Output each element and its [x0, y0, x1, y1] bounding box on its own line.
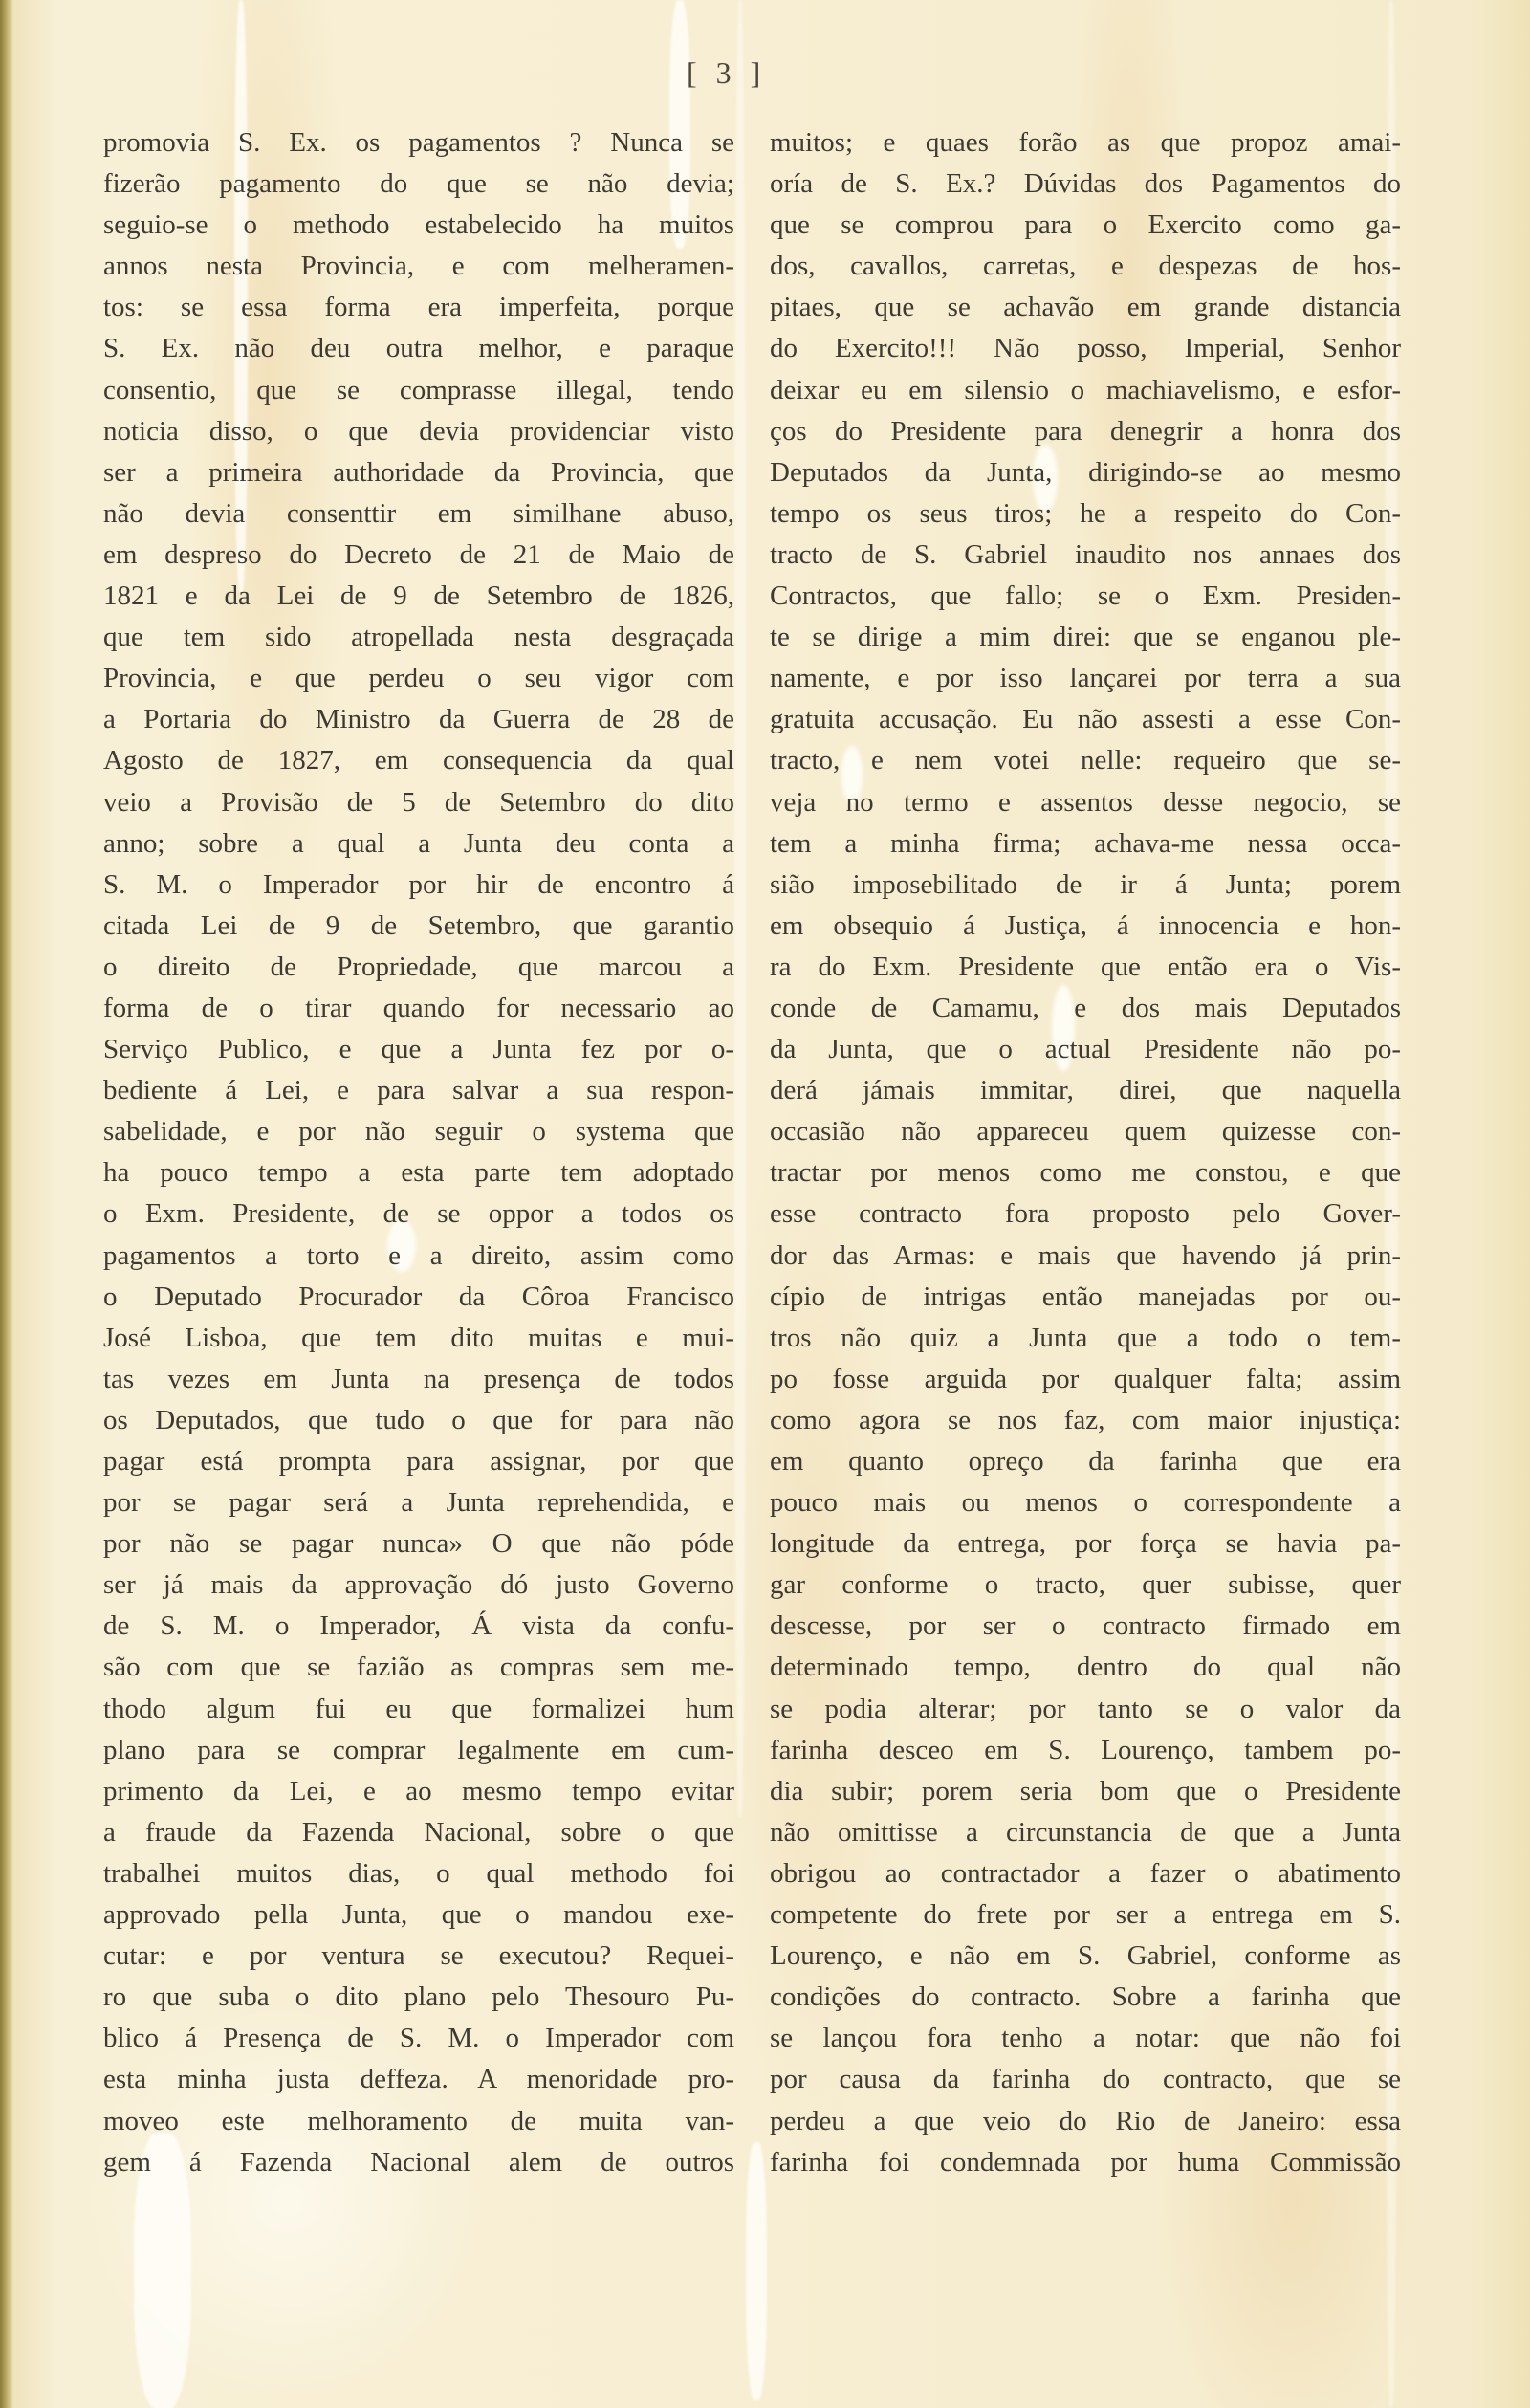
text-line: oría de S. Ex.? Dúvidas dos Pagamentos d… [770, 164, 1401, 205]
text-line: determinado tempo, dentro do qual não [770, 1647, 1401, 1688]
text-line: ra do Exm. Presidente que então era o Vi… [770, 947, 1401, 988]
text-line: cutar: e por ventura se executou? Requei… [103, 1936, 734, 1977]
text-line: te se dirige a mim direi: que se enganou… [770, 617, 1401, 658]
text-line: veio a Provisão de 5 de Setembro do dito [103, 782, 734, 823]
text-line: deixar eu em silensio o machiavelismo, e… [770, 370, 1401, 411]
text-line: ser já mais da approvação dó justo Gover… [103, 1565, 734, 1606]
text-line: ro que suba o dito plano pelo Thesouro P… [103, 1977, 734, 2018]
text-line: moveo este melhoramento de muita van- [103, 2101, 734, 2142]
text-line: tas vezes em Junta na presença de todos [103, 1359, 734, 1400]
text-line: dor das Armas: e mais que havendo já pri… [770, 1236, 1401, 1277]
text-line: promovia S. Ex. os pagamentos ? Nunca se [103, 122, 734, 164]
text-line: S. M. o Imperador por hir de encontro á [103, 865, 734, 906]
text-line: pitaes, que se achavão em grande distanc… [770, 287, 1401, 328]
text-line: Deputados da Junta, dirigindo-se ao mesm… [770, 452, 1401, 493]
text-line: Contractos, que fallo; se o Exm. Preside… [770, 576, 1401, 617]
text-line: pagamentos a torto e a direito, assim co… [103, 1236, 734, 1277]
text-line: da Junta, que o actual Presidente não po… [770, 1029, 1401, 1070]
text-line: tem a minha firma; achava-me nessa occa- [770, 823, 1401, 865]
text-line: conde de Camamu, e dos mais Deputados [770, 988, 1401, 1029]
text-line: anno; sobre a qual a Junta deu conta a [103, 823, 734, 865]
text-line: sião imposebilitado de ir á Junta; porem [770, 865, 1401, 906]
stain-streak [746, 2142, 767, 2400]
text-line: como agora se nos faz, com maior injusti… [770, 1400, 1401, 1441]
text-line: o Exm. Presidente, de se oppor a todos o… [103, 1193, 734, 1235]
text-line: em obsequio á Justiça, á innocencia e ho… [770, 906, 1401, 947]
text-line: que tem sido atropellada nesta desgraçad… [103, 617, 734, 658]
text-line: o Deputado Procurador da Côroa Francisco [103, 1277, 734, 1318]
page-number: [ 3 ] [687, 55, 766, 91]
text-line: farinha desceo em S. Lourenço, tambem po… [770, 1730, 1401, 1771]
left-column: promovia S. Ex. os pagamentos ? Nunca se… [103, 122, 734, 2183]
text-line: Serviço Publico, e que a Junta fez por o… [103, 1029, 734, 1070]
text-line: pagar está prompta para assignar, por qu… [103, 1441, 734, 1482]
text-line: occasião não appareceu quem quizesse con… [770, 1111, 1401, 1152]
text-line: se lançou fora tenho a notar: que não fo… [770, 2018, 1401, 2059]
text-line: a fraude da Fazenda Nacional, sobre o qu… [103, 1812, 734, 1853]
text-line: ha pouco tempo a esta parte tem adoptado [103, 1152, 734, 1193]
text-line: dia subir; porem seria bom que o Preside… [770, 1771, 1401, 1812]
text-line: tractar por menos como me constou, e que [770, 1152, 1401, 1193]
text-line: por causa da farinha do contracto, que s… [770, 2059, 1401, 2100]
text-line: em quanto opreço da farinha que era [770, 1441, 1401, 1482]
text-line: fizerão pagamento do que se não devia; [103, 164, 734, 205]
text-line: derá jámais immitar, direi, que naquella [770, 1070, 1401, 1111]
text-line: Agosto de 1827, em consequencia da qual [103, 740, 734, 781]
text-line: os Deputados, que tudo o que for para nã… [103, 1400, 734, 1441]
text-line: esse contracto fora proposto pelo Gover- [770, 1193, 1401, 1235]
text-line: a Portaria do Ministro da Guerra de 28 d… [103, 699, 734, 740]
text-line: thodo algum fui eu que formalizei hum [103, 1689, 734, 1730]
text-line: perdeu a que veio do Rio de Janeiro: ess… [770, 2101, 1401, 2142]
text-line: descesse, por ser o contracto firmado em [770, 1606, 1401, 1647]
text-line: dos, cavallos, carretas, e despezas de h… [770, 246, 1401, 287]
text-line: tempo os seus tiros; he a respeito do Co… [770, 493, 1401, 535]
text-line: S. Ex. não deu outra melhor, e paraque [103, 328, 734, 369]
text-line: Lourenço, e não em S. Gabriel, conforme … [770, 1936, 1401, 1977]
right-column: muitos; e quaes forão as que propoz amai… [770, 122, 1401, 2183]
text-line: esta minha justa deffeza. A menoridade p… [103, 2059, 734, 2100]
text-line: noticia disso, o que devia providenciar … [103, 411, 734, 452]
text-line: primento da Lei, e ao mesmo tempo evitar [103, 1771, 734, 1812]
text-line: 1821 e da Lei de 9 de Setembro de 1826, [103, 576, 734, 617]
text-line: consentio, que se comprasse illegal, ten… [103, 370, 734, 411]
text-line: namente, e por isso lançarei por terra a… [770, 658, 1401, 699]
text-line: tracto de S. Gabriel inaudito nos annaes… [770, 535, 1401, 576]
text-line: gar conforme o tracto, quer subisse, que… [770, 1565, 1401, 1606]
text-line: gem á Fazenda Nacional alem de outros [103, 2142, 734, 2183]
text-line: cípio de intrigas então manejadas por ou… [770, 1277, 1401, 1318]
text-line: de S. M. o Imperador, Á vista da confu- [103, 1606, 734, 1647]
text-line: o direito de Propriedade, que marcou a [103, 947, 734, 988]
text-line: po fosse arguida por qualquer falta; ass… [770, 1359, 1401, 1400]
text-line: tos: se essa forma era imperfeita, porqu… [103, 287, 734, 328]
text-line: do Exercito!!! Não posso, Imperial, Senh… [770, 328, 1401, 369]
text-line: em despreso do Decreto de 21 de Maio de [103, 535, 734, 576]
text-line: condições do contracto. Sobre a farinha … [770, 1977, 1401, 2018]
text-line: bediente á Lei, e para salvar a sua resp… [103, 1070, 734, 1111]
text-line: ços do Presidente para denegrir a honra … [770, 411, 1401, 452]
text-line: longitude da entrega, por força se havia… [770, 1523, 1401, 1565]
text-line: Provincia, e que perdeu o seu vigor com [103, 658, 734, 699]
stain-streak [734, 0, 746, 1817]
text-line: José Lisboa, que tem dito muitas e mui- [103, 1318, 734, 1359]
text-line: plano para se comprar legalmente em cum- [103, 1730, 734, 1771]
text-line: por se pagar será a Junta reprehendida, … [103, 1482, 734, 1523]
text-line: trabalhei muitos dias, o qual methodo fo… [103, 1853, 734, 1894]
text-line: forma de o tirar quando for necessario a… [103, 988, 734, 1029]
text-line: citada Lei de 9 de Setembro, que garanti… [103, 906, 734, 947]
text-line: blico á Presença de S. M. o Imperador co… [103, 2018, 734, 2059]
text-line: ser a primeira authoridade da Provincia,… [103, 452, 734, 493]
scanned-page: [ 3 ] promovia S. Ex. os pagamentos ? Nu… [0, 0, 1530, 2408]
text-line: farinha foi condemnada por huma Commissã… [770, 2142, 1401, 2183]
text-line: tros não quiz a Junta que a todo o tem- [770, 1318, 1401, 1359]
text-line: approvado pella Junta, que o mandou exe- [103, 1894, 734, 1936]
text-line: sabelidade, e por não seguir o systema q… [103, 1111, 734, 1152]
text-line: por não se pagar nunca» O que não póde [103, 1523, 734, 1565]
text-line: se podia alterar; por tanto se o valor d… [770, 1689, 1401, 1730]
text-line: não devia consenttir em similhane abuso, [103, 493, 734, 535]
text-line: muitos; e quaes forão as que propoz amai… [770, 122, 1401, 164]
text-line: seguio-se o methodo estabelecido ha muit… [103, 205, 734, 246]
text-line: gratuita accusação. Eu não assesti a ess… [770, 699, 1401, 740]
text-line: são com que se fazião as compras sem me- [103, 1647, 734, 1688]
text-line: pouco mais ou menos o correspondente a [770, 1482, 1401, 1523]
text-line: que se comprou para o Exercito como ga- [770, 205, 1401, 246]
text-line: obrigou ao contractador a fazer o abatim… [770, 1853, 1401, 1894]
text-line: não omittisse a circunstancia de que a J… [770, 1812, 1401, 1853]
text-line: competente do frete por ser a entrega em… [770, 1894, 1401, 1936]
text-line: veja no termo e assentos desse negocio, … [770, 782, 1401, 823]
text-line: annos nesta Provincia, e com melheramen- [103, 246, 734, 287]
text-line: tracto, e nem votei nelle: requeiro que … [770, 740, 1401, 781]
